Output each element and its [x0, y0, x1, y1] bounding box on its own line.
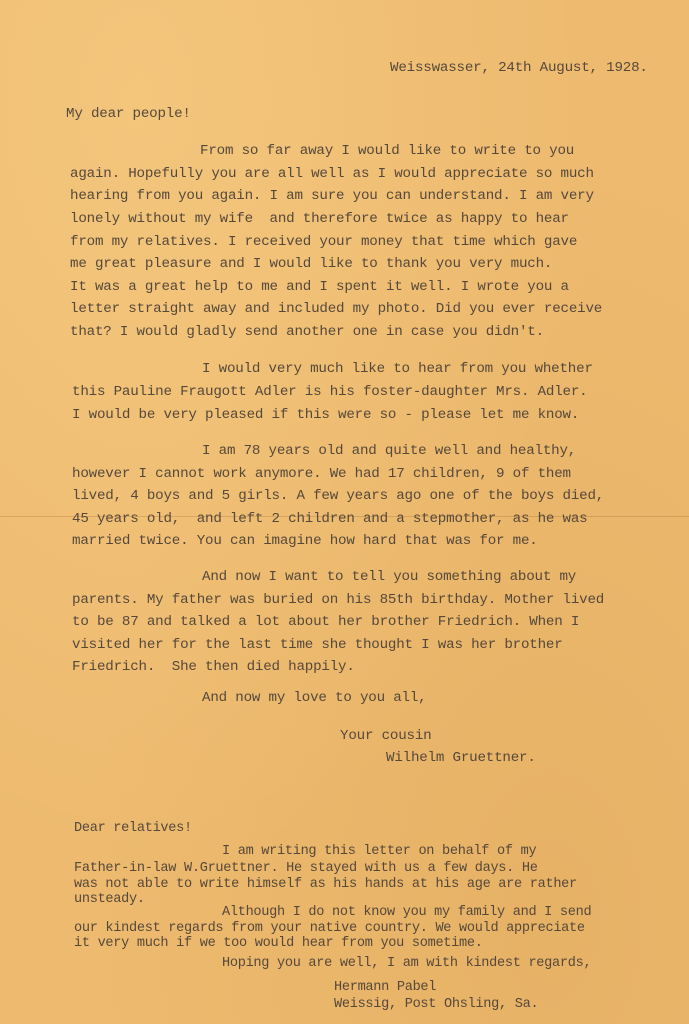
body-line: I am 78 years old and quite well and hea…	[202, 443, 576, 459]
body-line: 45 years old, and left 2 children and a …	[72, 511, 587, 527]
body-line: from my relatives. I received your money…	[70, 234, 577, 250]
body-line: our kindest regards from your native cou…	[74, 921, 585, 936]
closing-2: Hoping you are well, I am with kindest r…	[222, 956, 591, 971]
body-line: visited her for the last time she though…	[72, 637, 563, 653]
body-line: married twice. You can imagine how hard …	[72, 533, 538, 549]
body-line: again. Hopefully you are all well as I w…	[70, 166, 594, 182]
body-line: parents. My father was buried on his 85t…	[72, 592, 604, 608]
signature-2: Hermann Pabel	[334, 980, 436, 995]
body-line: I am writing this letter on behalf of my	[222, 844, 536, 859]
body-line: Although I do not know you my family and…	[222, 905, 591, 920]
body-line: that? I would gladly send another one in…	[70, 324, 544, 340]
body-line: And now I want to tell you something abo…	[202, 569, 576, 585]
body-line: From so far away I would like to write t…	[200, 143, 574, 159]
dateline: Weisswasser, 24th August, 1928.	[390, 60, 648, 76]
body-line: hearing from you again. I am sure you ca…	[70, 188, 594, 204]
body-line: this Pauline Fraugott Adler is his foste…	[72, 384, 587, 400]
body-line: to be 87 and talked a lot about her brot…	[72, 614, 579, 630]
letter-page: Weisswasser, 24th August, 1928. My dear …	[0, 0, 689, 1024]
salutation-2: Dear relatives!	[74, 821, 192, 836]
body-line: however I cannot work anymore. We had 17…	[72, 466, 571, 482]
signature: Wilhelm Gruettner.	[386, 750, 536, 766]
body-line: lonely without my wife and therefore twi…	[70, 211, 569, 227]
salutation: My dear people!	[66, 106, 191, 122]
signoff: Your cousin	[340, 728, 431, 744]
body-line: I would be very pleased if this were so …	[72, 407, 579, 423]
body-line: me great pleasure and I would like to th…	[70, 256, 552, 272]
body-line: was not able to write himself as his han…	[74, 877, 577, 892]
closing: And now my love to you all,	[202, 690, 426, 706]
body-line: Friedrich. She then died happily.	[72, 659, 355, 675]
body-line: letter straight away and included my pho…	[70, 301, 602, 317]
body-line: unsteady.	[74, 892, 145, 907]
body-line: it very much if we too would hear from y…	[74, 936, 483, 951]
body-line: Father-in-law W.Gruettner. He stayed wit…	[74, 861, 538, 876]
address: Weissig, Post Ohsling, Sa.	[334, 997, 538, 1012]
body-line: lived, 4 boys and 5 girls. A few years a…	[72, 488, 604, 504]
body-line: It was a great help to me and I spent it…	[70, 279, 569, 295]
body-line: I would very much like to hear from you …	[202, 361, 593, 377]
